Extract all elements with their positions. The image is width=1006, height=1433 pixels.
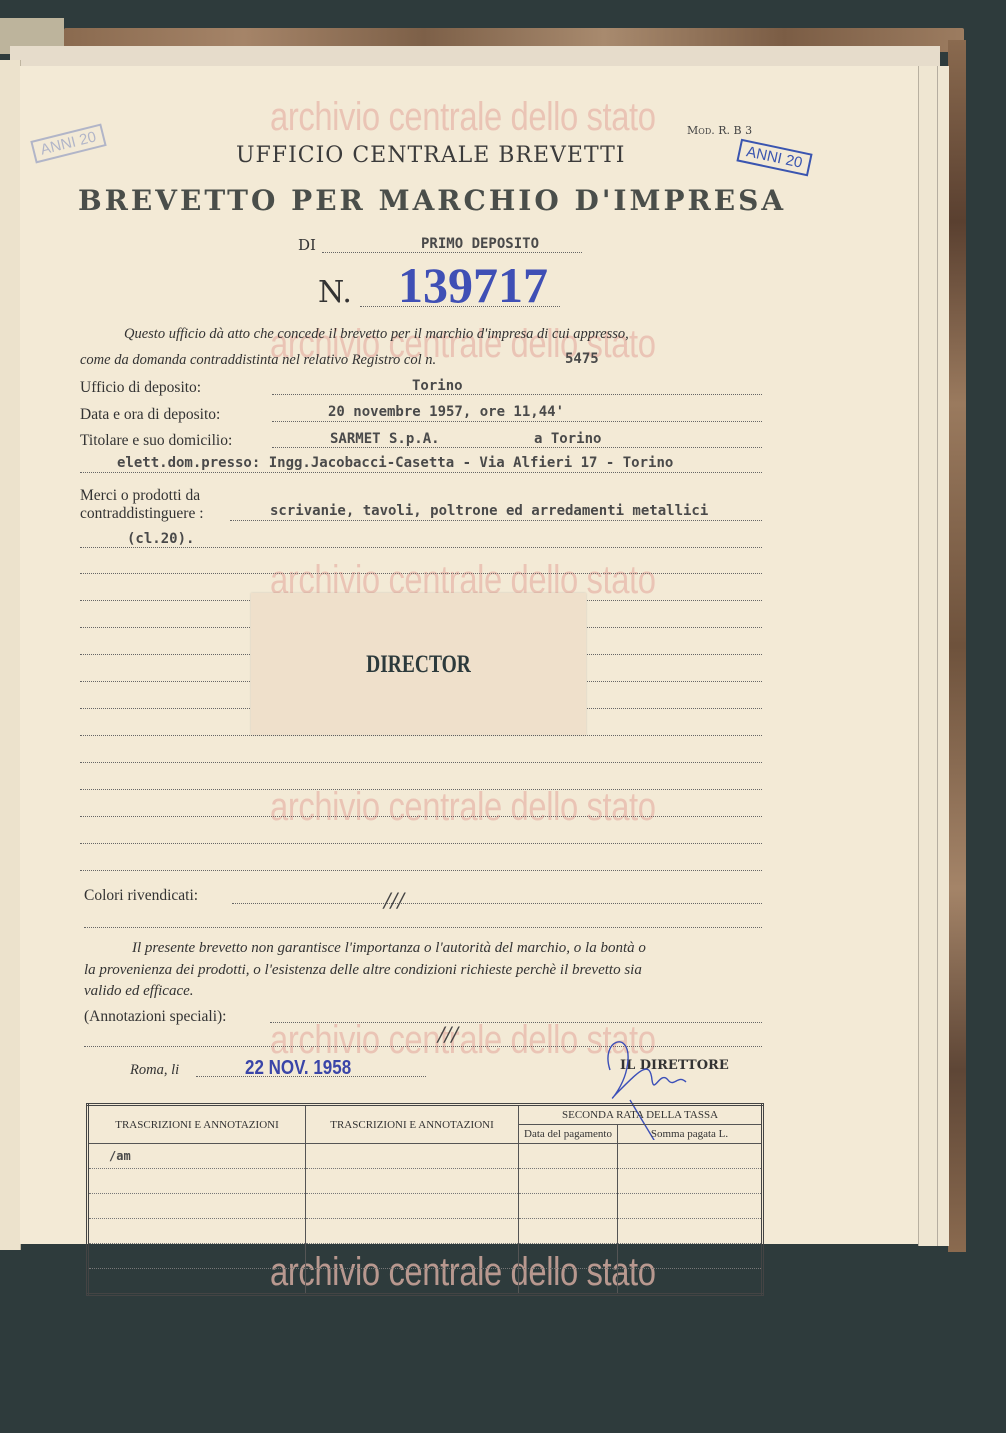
col-data-pagamento: Data del pagamento xyxy=(519,1125,618,1144)
di-label: DI xyxy=(298,236,316,254)
annotazioni-value: /// xyxy=(438,1022,458,1046)
table-cell: /am xyxy=(88,1144,306,1169)
table-row xyxy=(88,1244,763,1269)
watermark: archivio centrale dello stato xyxy=(270,785,656,830)
fees-table: TRASCRIZIONI E ANNOTAZIONI TRASCRIZIONI … xyxy=(86,1103,764,1296)
patent-number: 139717 xyxy=(398,256,548,314)
colori-value: /// xyxy=(384,888,404,912)
disclaimer-2: la provenienza dei prodotti, o l'esisten… xyxy=(84,962,642,979)
number-label: N. xyxy=(318,275,352,310)
col-somma-pagata: Somma pagata L. xyxy=(618,1125,763,1144)
roma-label: Roma, li xyxy=(130,1062,179,1079)
binding-right xyxy=(948,40,966,1252)
table-row xyxy=(88,1169,763,1194)
merci-class: (cl.20). xyxy=(127,531,194,547)
document-title: BREVETTO PER MARCHIO D'IMPRESA xyxy=(78,184,786,217)
ufficio-label: Ufficio di deposito: xyxy=(80,379,201,397)
table-row: /am xyxy=(88,1144,763,1169)
colori-label: Colori rivendicati: xyxy=(84,887,198,905)
merci-label-2: contraddistinguere : xyxy=(80,505,204,523)
disclaimer-3: valido ed efficace. xyxy=(84,983,194,1000)
registro-number: 5475 xyxy=(565,351,599,367)
col-trascrizioni-1: TRASCRIZIONI E ANNOTAZIONI xyxy=(88,1105,306,1144)
data-label: Data e ora di deposito: xyxy=(80,406,220,424)
domicilio-value: elett.dom.presso: Ingg.Jacobacci-Casetta… xyxy=(117,455,673,471)
trademark-text: DIRECTOR xyxy=(288,651,549,679)
titolare-city: a Torino xyxy=(534,431,601,447)
page-edges xyxy=(918,66,949,1246)
issue-date-stamp: 22 NOV. 1958 xyxy=(245,1057,351,1080)
intro-line-1: Questo ufficio dà atto che concede il br… xyxy=(124,326,629,343)
disclaimer-1: Il presente brevetto non garantisce l'im… xyxy=(132,940,646,957)
table-row xyxy=(88,1219,763,1244)
data-value: 20 novembre 1957, ore 11,44' xyxy=(328,404,564,420)
office-heading: UFFICIO CENTRALE BREVETTI xyxy=(236,143,625,168)
merci-label-1: Merci o prodotti da xyxy=(80,487,200,505)
merci-value: scrivanie, tavoli, poltrone ed arredamen… xyxy=(270,503,708,519)
titolare-label: Titolare e suo domicilio: xyxy=(80,432,232,450)
col-seconda-rata: SECONDA RATA DELLA TASSA xyxy=(519,1105,763,1125)
titolare-value: SARMET S.p.A. xyxy=(330,431,440,447)
watermark: archivio centrale dello stato xyxy=(270,95,656,140)
col-trascrizioni-2: TRASCRIZIONI E ANNOTAZIONI xyxy=(306,1105,519,1144)
di-value: PRIMO DEPOSITO xyxy=(421,236,539,252)
ufficio-value: Torino xyxy=(412,378,463,394)
table-row xyxy=(88,1194,763,1219)
intro-line-2: come da domanda contraddistinta nel rela… xyxy=(80,352,436,369)
annotazioni-label: (Annotazioni speciali): xyxy=(84,1008,226,1026)
table-row xyxy=(88,1269,763,1295)
form-code: Mod. R. B 3 xyxy=(687,124,752,137)
trademark-label: DIRECTOR xyxy=(251,593,586,735)
left-page-edge xyxy=(0,60,21,1250)
